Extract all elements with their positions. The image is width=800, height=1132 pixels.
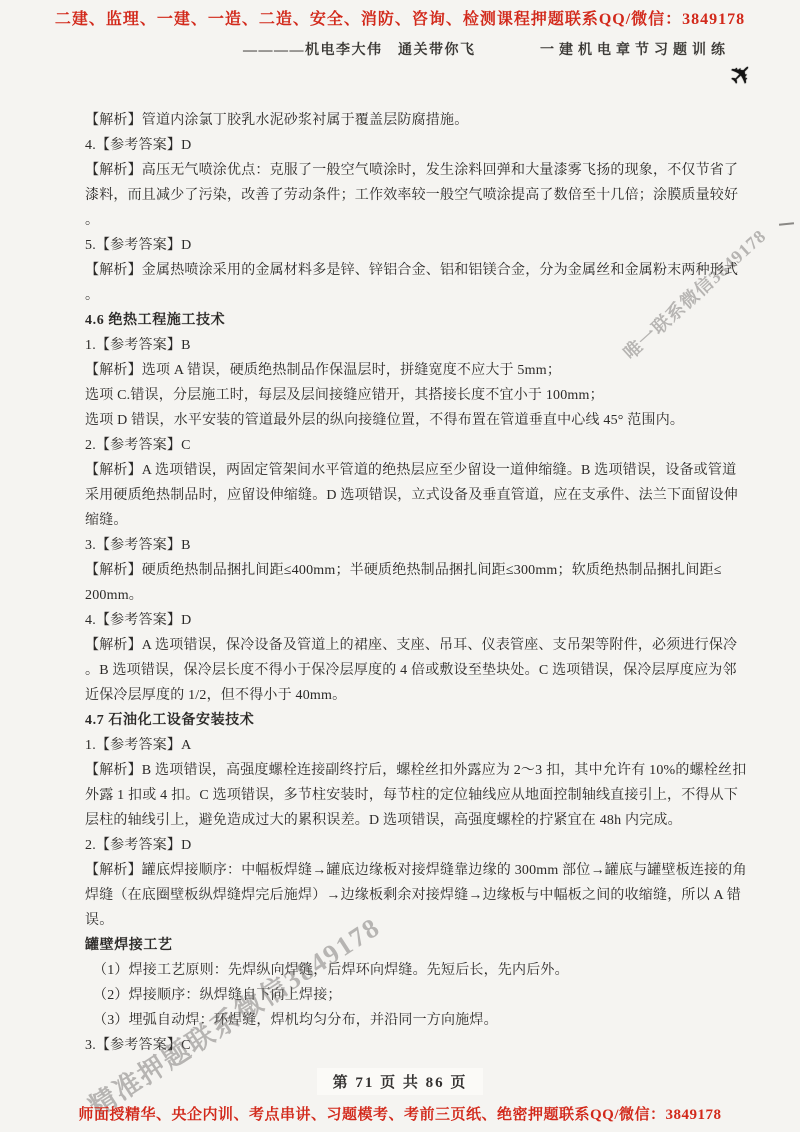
page-indicator: 第 71 页 共 86 页 xyxy=(0,1068,800,1095)
text-line: 4.【参考答案】D xyxy=(85,608,745,633)
text-line: 漆料，而且减少了污染，改善了劳动条件；工作效率较一般空气喷涂提高了数倍至十几倍；… xyxy=(85,183,745,208)
text-line: 罐壁焊接工艺 xyxy=(85,933,745,958)
text-line: 3.【参考答案】C xyxy=(85,1033,745,1058)
text-line: 【解析】高压无气喷涂优点：克服了一般空气喷涂时，发生涂料回弹和大量漆雾飞扬的现象… xyxy=(85,158,745,183)
text-line: 缩缝。 xyxy=(85,508,745,533)
text-line: 5.【参考答案】D xyxy=(85,233,745,258)
text-line: 采用硬质绝热制品时，应留设伸缩缝。D 选项错误，立式设备及垂直管道，应在支承件、… xyxy=(85,483,745,508)
text-line: 【解析】A 选项错误，两固定管架间水平管道的绝热层应至少留设一道伸缩缝。B 选项… xyxy=(85,458,745,483)
scanned-page: 二建、监理、一建、一造、二造、安全、消防、咨询、检测课程押题联系QQ/微信：38… xyxy=(0,0,800,1132)
text-line: 。B 选项错误，保冷层长度不得小于保冷层厚度的 4 倍或敷设至垫块处。C 选项错… xyxy=(85,658,745,683)
text-line: 4.6 绝热工程施工技术 xyxy=(85,308,745,333)
text-line: 。 xyxy=(85,208,745,233)
text-line: 外露 1 扣或 4 扣。C 选项错误，多节柱安装时，每节柱的定位轴线应从地面控制… xyxy=(85,783,745,808)
text-line: 1.【参考答案】B xyxy=(85,333,745,358)
text-line: 选项 D 错误，水平安装的管道最外层的纵向接缝位置，不得布置在管道垂直中心线 4… xyxy=(85,408,745,433)
text-line: 【解析】选项 A 错误，硬质绝热制品作保温层时，拼缝宽度不应大于 5mm； xyxy=(85,358,745,383)
text-line: 误。 xyxy=(85,908,745,933)
text-line: 近保冷层厚度的 1/2，但不得小于 40mm。 xyxy=(85,683,745,708)
text-line: 2.【参考答案】D xyxy=(85,833,745,858)
scan-artifact-dash xyxy=(779,222,794,226)
text-line: 【解析】金属热喷涂采用的金属材料多是锌、锌铝合金、铝和铝镁合金，分为金属丝和金属… xyxy=(85,258,745,283)
text-line: 【解析】罐底焊接顺序：中幅板焊缝→罐底边缘板对接焊缝靠边缘的 300mm 部位→… xyxy=(85,858,745,883)
text-line: 焊缝（在底圈壁板纵焊缝焊完后施焊）→边缘板剩余对接焊缝→边缘板与中幅板之间的收缩… xyxy=(85,883,745,908)
text-line: 【解析】A 选项错误，保冷设备及管道上的裙座、支座、吊耳、仪表管座、支吊架等附件… xyxy=(85,633,745,658)
bottom-promo-banner: 师面授精华、央企内训、考点串讲、习题模考、考前三页纸、绝密押题联系QQ/微信：3… xyxy=(0,1103,800,1124)
header-book-title: 一建机电章节习题训练 xyxy=(540,39,730,59)
text-line: 200mm。 xyxy=(85,583,745,608)
text-line: （1）焊接工艺原则：先焊纵向焊缝，后焊环向焊缝。先短后长，先内后外。 xyxy=(85,958,745,983)
text-line: 4.7 石油化工设备安装技术 xyxy=(85,708,745,733)
text-line: 【解析】管道内涂氯丁胶乳水泥砂浆衬属于覆盖层防腐措施。 xyxy=(85,108,745,133)
text-line: （3）埋弧自动焊：环焊缝，焊机均匀分布，并沿同一方向施焊。 xyxy=(85,1008,745,1033)
text-line: 层柱的轴线引上，避免造成过大的累积误差。D 选项错误，高强度螺栓的拧紧宜在 48… xyxy=(85,808,745,833)
page-indicator-text: 第 71 页 共 86 页 xyxy=(317,1068,484,1095)
header-course-title: ————机电李大伟 通关带你飞 xyxy=(243,39,476,59)
text-line: 2.【参考答案】C xyxy=(85,433,745,458)
text-line: 选项 C.错误，分层施工时，每层及层间接缝应错开，其搭接长度不宜小于 100mm… xyxy=(85,383,745,408)
text-line: 。 xyxy=(85,283,745,308)
top-promo-banner: 二建、监理、一建、一造、二造、安全、消防、咨询、检测课程押题联系QQ/微信：38… xyxy=(0,6,800,29)
text-line: （2）焊接顺序：纵焊缝自下向上焊接； xyxy=(85,983,745,1008)
text-line: 1.【参考答案】A xyxy=(85,733,745,758)
body-text: 【解析】管道内涂氯丁胶乳水泥砂浆衬属于覆盖层防腐措施。4.【参考答案】D【解析】… xyxy=(85,108,745,1058)
text-line: 【解析】硬质绝热制品捆扎间距≤400mm；半硬质绝热制品捆扎间距≤300mm；软… xyxy=(85,558,745,583)
airplane-icon: ✈ xyxy=(721,55,762,96)
text-line: 4.【参考答案】D xyxy=(85,133,745,158)
text-line: 3.【参考答案】B xyxy=(85,533,745,558)
text-line: 【解析】B 选项错误，高强度螺栓连接副终拧后，螺栓丝扣外露应为 2～3 扣，其中… xyxy=(85,758,745,783)
